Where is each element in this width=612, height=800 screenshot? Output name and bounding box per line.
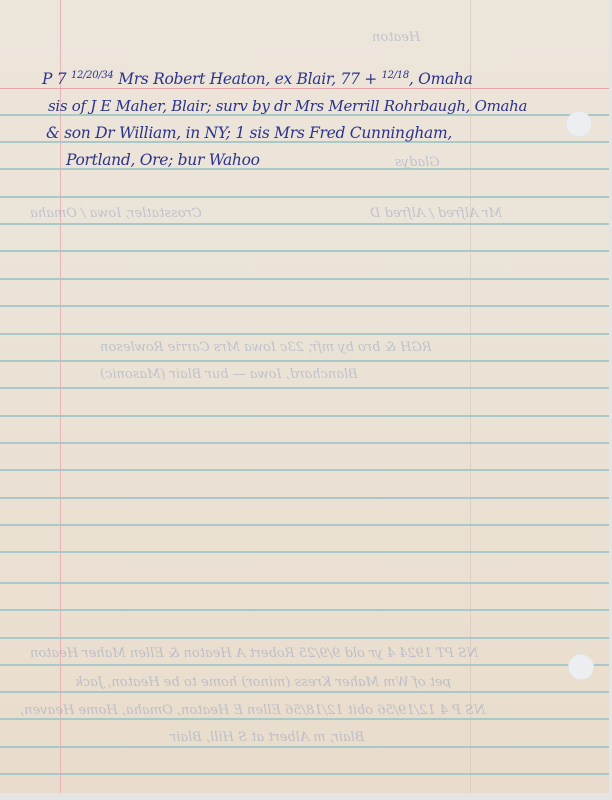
ruled-line	[0, 333, 609, 335]
ruled-line	[0, 637, 609, 639]
ruled-line	[0, 551, 609, 553]
ruled-line	[0, 497, 609, 499]
bleed-through-text: pet of Wm Maher Kress (minor) home to be…	[75, 675, 451, 690]
handwritten-line-4: Portland, Ore; bur Wahoo	[66, 151, 260, 169]
bleed-through-text: NS P 4 12/19/56 obit 12/18/56 Ellen E He…	[20, 703, 485, 718]
ruled-line	[0, 305, 609, 307]
ruled-line	[0, 746, 609, 748]
ruled-line	[0, 469, 609, 471]
punch-hole-bottom	[568, 654, 594, 680]
ruled-line	[0, 360, 609, 362]
ruled-line	[0, 196, 609, 198]
page-reference: P 7	[42, 70, 66, 88]
punch-hole-top	[566, 111, 592, 137]
bleed-through-text: Gladys	[395, 155, 440, 170]
ruled-line	[0, 609, 609, 611]
bleed-through-text: Heaton	[372, 30, 420, 45]
ruled-line	[0, 524, 609, 526]
entry-date: 12/20/34	[71, 70, 114, 81]
ruled-line	[0, 664, 609, 666]
ruled-line	[0, 415, 609, 417]
bleed-through-text: Mr Alfred / Alfred D	[370, 206, 502, 221]
ruled-line	[0, 442, 609, 444]
ruled-line	[0, 691, 609, 693]
header-rule-red	[0, 88, 609, 89]
bleed-through-text: Blanchard, Iowa — bur Blair (Masonic)	[100, 367, 358, 382]
entry-text: Mrs Robert Heaton, ex Blair, 77 +	[118, 70, 381, 88]
bleed-through-margin-line	[470, 0, 471, 793]
ruled-line	[0, 223, 609, 225]
ruled-line	[0, 773, 609, 775]
death-date: 12/18	[382, 70, 409, 81]
left-margin-line	[60, 0, 61, 793]
ruled-line	[0, 250, 609, 252]
entry-tail: , Omaha	[409, 70, 473, 88]
handwritten-line-1: P 7 12/20/34 Mrs Robert Heaton, ex Blair…	[42, 70, 473, 88]
ruled-line	[0, 387, 609, 389]
handwritten-line-3: & son Dr William, in NY; 1 sis Mrs Fred …	[46, 124, 452, 142]
handwritten-line-2: sis of J E Maher, Blair; surv by dr Mrs …	[48, 97, 527, 115]
bleed-through-text: NS PT 1924 4 yr old 9/9/25 Robert A Heat…	[30, 646, 478, 661]
notebook-page: Heaton Gladys Crosstatler, Iowa / Omaha …	[0, 0, 609, 793]
bleed-through-text: Crosstatler, Iowa / Omaha	[30, 206, 202, 221]
ruled-line	[0, 582, 609, 584]
ruled-line	[0, 278, 609, 280]
ruled-line	[0, 718, 609, 720]
bleed-through-text: RGH & bro by mfr, 23c Iowa Mrs Carrie Ro…	[100, 340, 432, 355]
bleed-through-text: Blair, m Albert at S Hill, Blair	[170, 730, 364, 745]
